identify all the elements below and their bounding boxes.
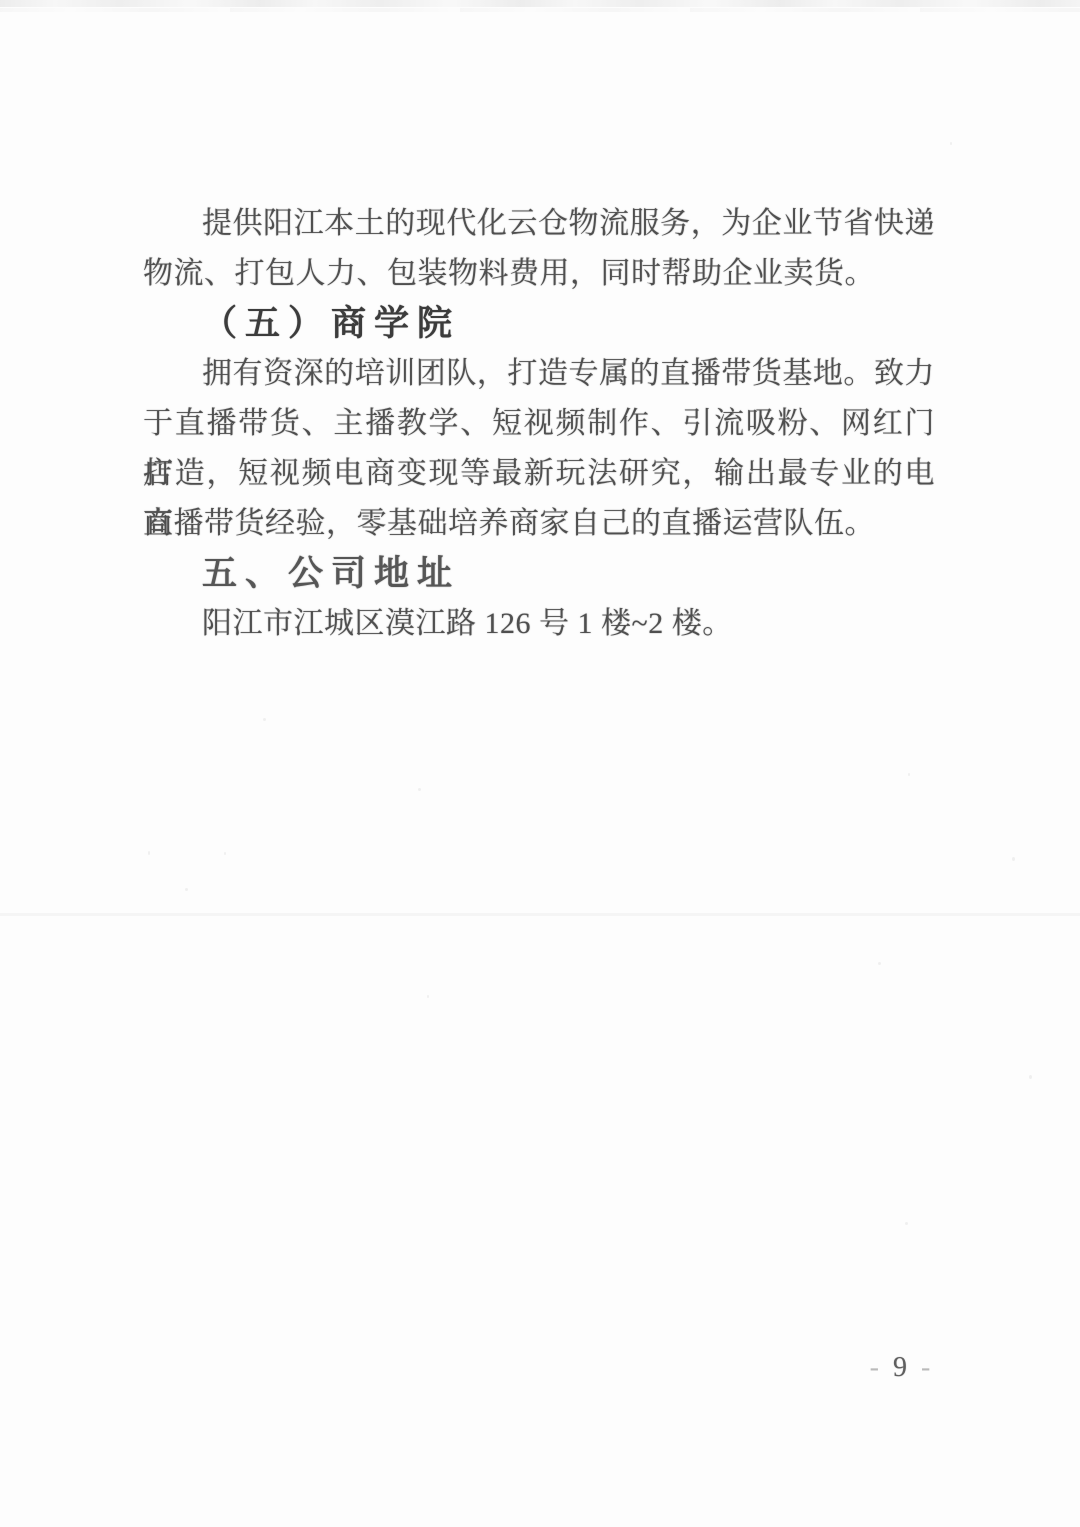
paragraph-training-line-1: 拥有资深的培训团队，打造专属的直播带货基地。致力 (143, 349, 935, 399)
page-number-left-dash: - (868, 1352, 881, 1383)
paragraph-training-line-4: 直播带货经验，零基础培养商家自己的直播运营队伍。 (143, 499, 935, 549)
paragraph-address-line: 阳江市江城区漠江路 126 号 1 楼~2 楼。 (143, 599, 935, 649)
page-number-right-dash: - (919, 1352, 932, 1383)
scan-speck (908, 773, 910, 776)
scan-artifact-top-edge-2 (0, 8, 1080, 12)
scan-artifact-top-edge (0, 0, 1080, 7)
scan-speck (263, 718, 266, 721)
scan-speck (878, 962, 881, 965)
paragraph-training-line-3: 打造，短视频电商变现等最新玩法研究，输出最专业的电商 (143, 449, 935, 499)
scan-speck (427, 995, 429, 998)
heading-company-address: 五、公司地址 (143, 549, 935, 599)
page-number: -9- (845, 1350, 955, 1386)
scan-speck (905, 1222, 908, 1225)
paragraph-training-line-2: 于直播带货、主播教学、短视频制作、引流吸粉、网红门店 (143, 399, 935, 449)
scan-artifact-mid-streak (0, 913, 1080, 916)
scan-speck (950, 142, 952, 145)
paragraph-logistics-line-1: 提供阳江本土的现代化云仓物流服务，为企业节省快递 (143, 199, 935, 249)
scan-speck (185, 888, 188, 891)
document-text-block: 提供阳江本土的现代化云仓物流服务，为企业节省快递 物流、打包人力、包装物料费用，… (143, 199, 935, 649)
scan-speck (224, 852, 226, 855)
heading-business-school: （五）商学院 (143, 299, 935, 349)
paragraph-logistics-line-2: 物流、打包人力、包装物料费用，同时帮助企业卖货。 (143, 249, 935, 299)
scan-speck (418, 788, 421, 791)
scan-speck (1012, 857, 1015, 861)
scan-speck (148, 851, 150, 855)
scan-speck (1029, 1075, 1032, 1079)
document-page: 提供阳江本土的现代化云仓物流服务，为企业节省快递 物流、打包人力、包装物料费用，… (0, 0, 1080, 1527)
page-number-value: 9 (881, 1352, 919, 1383)
